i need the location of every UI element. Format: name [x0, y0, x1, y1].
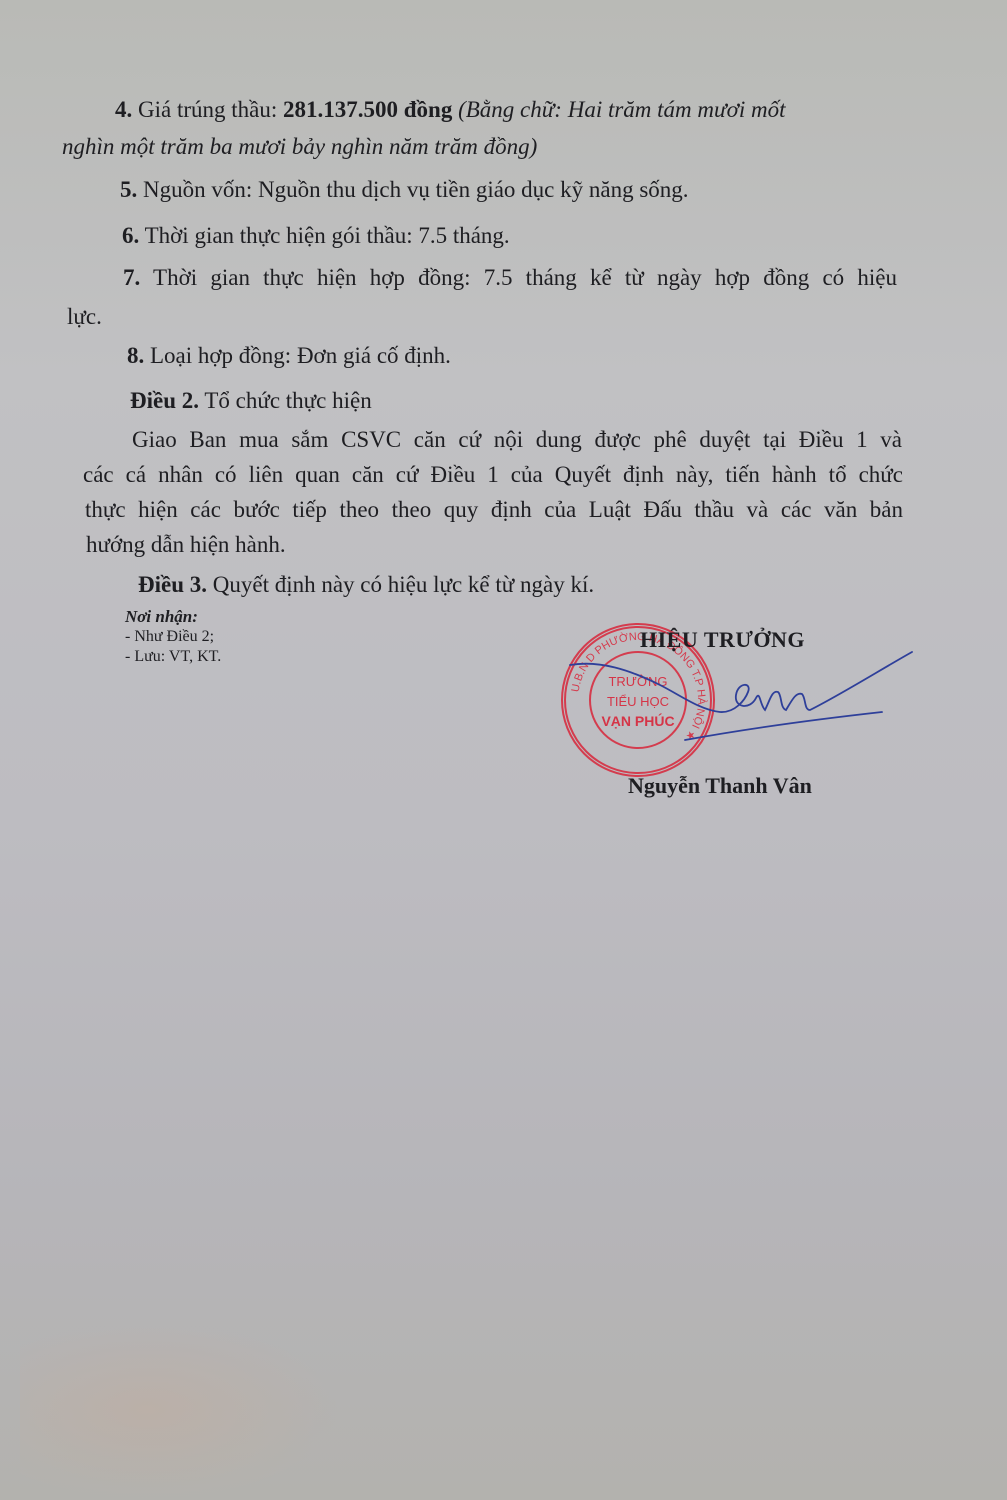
article-3: Điều 3. Quyết định này có hiệu lực kể từ…	[138, 573, 594, 596]
article-2-body-line4: hướng dẫn hiện hành.	[86, 533, 286, 556]
signer-name: Nguyễn Thanh Vân	[628, 773, 812, 799]
article-2-body-line1: Giao Ban mua sắm CSVC căn cứ nội dung đư…	[132, 428, 902, 451]
article-number: Điều 2.	[130, 388, 199, 413]
recipient-item: - Lưu: VT, KT.	[125, 647, 221, 667]
article-2-heading: Điều 2. Tổ chức thực hiện	[130, 389, 372, 412]
paper-stain	[20, 1320, 340, 1500]
item-4-line2: nghìn một trăm ba mươi bảy nghìn năm tră…	[62, 135, 537, 158]
recipient-item: - Như Điều 2;	[125, 627, 221, 647]
item-8: 8. Loại hợp đồng: Đơn giá cố định.	[127, 344, 451, 367]
item-text: Nguồn vốn: Nguồn thu dịch vụ tiền giáo d…	[143, 177, 689, 202]
item-text: Thời gian thực hiện gói thầu: 7.5 tháng.	[145, 223, 510, 248]
recipients-title: Nơi nhận:	[125, 607, 221, 627]
handwritten-signature-icon	[560, 640, 930, 760]
bid-amount: 281.137.500 đồng	[283, 97, 452, 122]
article-number: Điều 3.	[138, 572, 207, 597]
item-number: 8.	[127, 343, 144, 368]
item-7-line1: 7. Thời gian thực hiện hợp đồng: 7.5 thá…	[123, 266, 897, 289]
item-7-line2: lực.	[67, 305, 102, 328]
amount-in-words: (Bằng chữ: Hai trăm tám mươi mốt	[458, 97, 785, 122]
item-number: 7.	[123, 265, 140, 290]
item-label: Giá trúng thầu:	[138, 97, 283, 122]
item-number: 6.	[122, 223, 139, 248]
recipients-block: Nơi nhận: - Như Điều 2; - Lưu: VT, KT.	[125, 607, 221, 667]
item-4-line1: 4. Giá trúng thầu: 281.137.500 đồng (Bằn…	[115, 98, 785, 121]
item-text: Loại hợp đồng: Đơn giá cố định.	[150, 343, 451, 368]
article-text: Quyết định này có hiệu lực kể từ ngày kí…	[213, 572, 594, 597]
item-5: 5. Nguồn vốn: Nguồn thu dịch vụ tiền giá…	[120, 178, 689, 201]
item-6: 6. Thời gian thực hiện gói thầu: 7.5 thá…	[122, 224, 510, 247]
item-number: 4.	[115, 97, 132, 122]
item-text: Thời gian thực hiện hợp đồng: 7.5 tháng …	[153, 265, 897, 290]
article-title: Tổ chức thực hiện	[204, 388, 371, 413]
article-2-body-line2: các cá nhân có liên quan căn cứ Điều 1 c…	[83, 463, 903, 486]
item-number: 5.	[120, 177, 137, 202]
article-2-body-line3: thực hiện các bước tiếp theo theo quy đị…	[85, 498, 903, 521]
